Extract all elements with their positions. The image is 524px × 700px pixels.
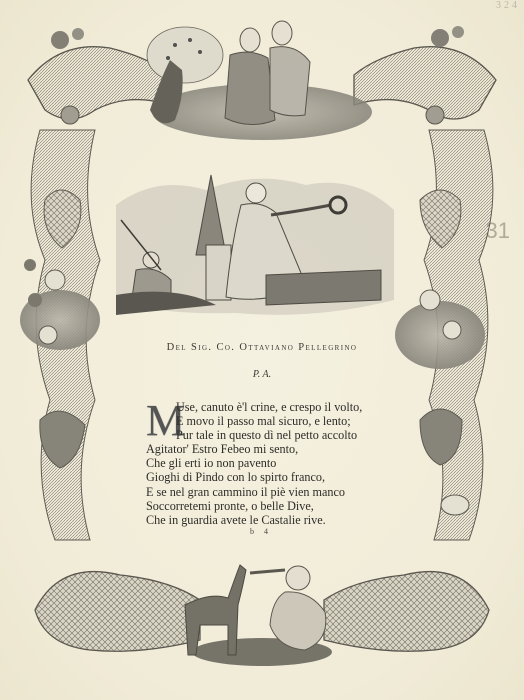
poem-line: Che in guardia avete le Castalie rive. (146, 513, 406, 527)
poem-line: Che gli erti io non pavento (146, 456, 406, 470)
poem-line: Use, canuto è'l crine, e crespo il volto… (146, 400, 406, 414)
poem-line: Pur tale in questo dì nel petto accolto (146, 428, 406, 442)
poem-heading-author: Del Sig. Co. Ottaviano Pellegrino (0, 342, 524, 353)
left-border-column (20, 130, 100, 540)
poem-line: Soccorretemi pronte, o belle Dive, (146, 499, 406, 513)
right-border-column (395, 130, 493, 540)
poem-line: Agitator' Estro Febeo mi sento, (146, 442, 406, 456)
printer-signature-mark: b 4 (250, 527, 272, 536)
vignette-muse-illustration (116, 165, 394, 320)
bottom-cartouche (35, 565, 489, 666)
top-cartouche (28, 21, 496, 140)
poem-line: E se nel gran cammino il piè vien manco (146, 485, 406, 499)
author-initials: P. A. (0, 369, 524, 380)
poem-line: Gioghi di Pindo con lo spirto franco, (146, 470, 406, 484)
poem-stanza: Use, canuto è'l crine, e crespo il volto… (146, 400, 406, 527)
poem-line: E movo il passo mal sicuro, e lento; (146, 414, 406, 428)
